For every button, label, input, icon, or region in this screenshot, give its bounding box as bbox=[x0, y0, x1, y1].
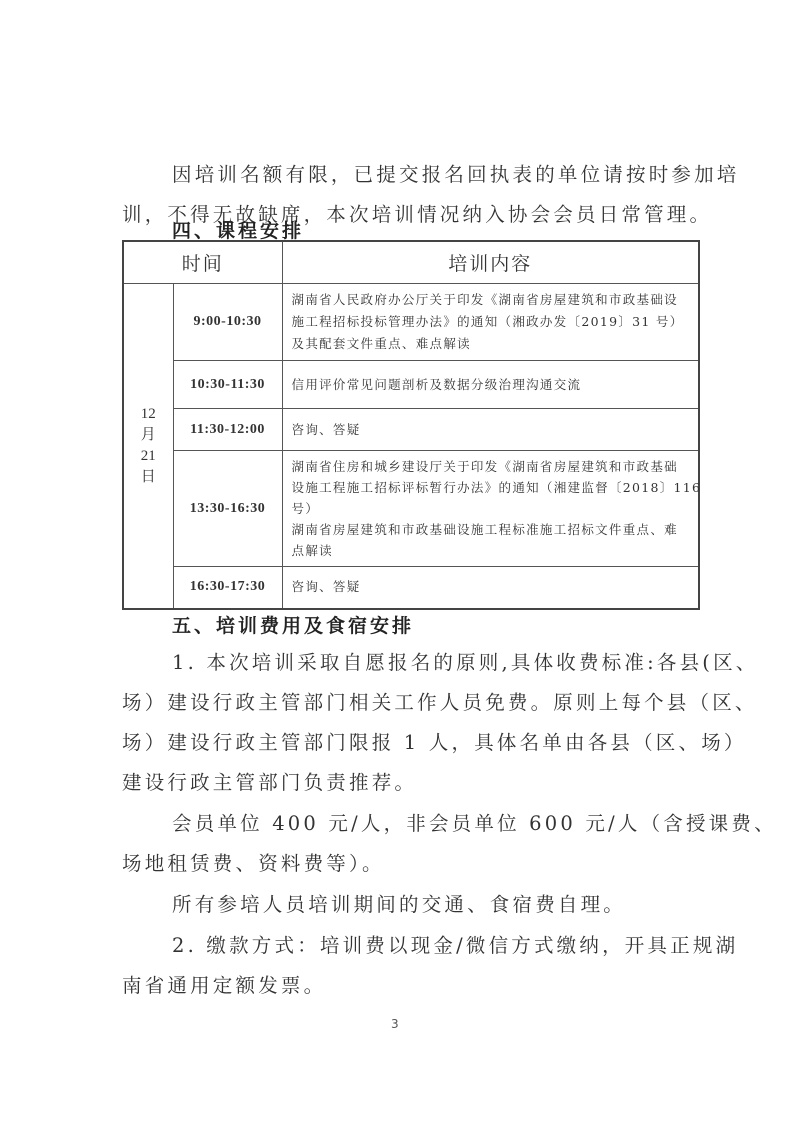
time-cell: 16:30-17:30 bbox=[173, 567, 282, 609]
course-schedule-table: 时间 培训内容 12 月 21 日 9:00-10:30 湖南省人民政府办公厅关… bbox=[122, 240, 700, 610]
date-part: 月 bbox=[124, 425, 173, 446]
content-cell: 咨询、答疑 bbox=[282, 409, 699, 451]
table-row: 11:30-12:00 咨询、答疑 bbox=[123, 409, 699, 451]
text-line: 2. 缴款方式：培训费以现金/微信方式缴纳，开具正规湖 bbox=[172, 926, 752, 966]
content-line: 湖南省住房和城乡建设厅关于印发《湖南省房屋建筑和市政基础 bbox=[292, 456, 691, 477]
text-line: 南省通用定额发票。 bbox=[122, 966, 702, 1006]
header-content: 培训内容 bbox=[282, 241, 699, 284]
table-row: 10:30-11:30 信用评价常见问题剖析及数据分级治理沟通交流 bbox=[123, 361, 699, 409]
intro-line-1: 因培训名额有限，已提交报名回执表的单位请按时参加培 bbox=[172, 155, 752, 195]
text-line: 1. 本次培训采取自愿报名的原则,具体收费标准:各县(区、 bbox=[172, 643, 752, 683]
date-part: 21 bbox=[124, 446, 173, 467]
content-line: 点解读 bbox=[292, 540, 691, 561]
content-line: 咨询、答疑 bbox=[292, 419, 691, 441]
content-cell: 湖南省住房和城乡建设厅关于印发《湖南省房屋建筑和市政基础 设施工程施工招标评标暂… bbox=[282, 451, 699, 567]
content-line: 信用评价常见问题剖析及数据分级治理沟通交流 bbox=[292, 374, 691, 396]
time-cell: 13:30-16:30 bbox=[173, 451, 282, 567]
table-row: 13:30-16:30 湖南省住房和城乡建设厅关于印发《湖南省房屋建筑和市政基础… bbox=[123, 451, 699, 567]
page-number: 3 bbox=[391, 1017, 399, 1031]
time-cell: 9:00-10:30 bbox=[173, 284, 282, 361]
text-line: 会员单位 400 元/人，非会员单位 600 元/人（含授课费、 bbox=[172, 804, 752, 844]
content-line: 咨询、答疑 bbox=[292, 576, 691, 598]
table-row: 16:30-17:30 咨询、答疑 bbox=[123, 567, 699, 609]
text-line: 所有参培人员培训期间的交通、食宿费自理。 bbox=[172, 885, 752, 925]
content-cell: 信用评价常见问题剖析及数据分级治理沟通交流 bbox=[282, 361, 699, 409]
section-heading-course-schedule: 四、课程安排 bbox=[172, 216, 304, 243]
content-line: 施工程招标投标管理办法》的通知（湘政办发〔2019〕31 号） bbox=[292, 311, 691, 333]
date-part: 12 bbox=[124, 404, 173, 425]
content-cell: 咨询、答疑 bbox=[282, 567, 699, 609]
section-heading-fees-accommodation: 五、培训费用及食宿安排 bbox=[172, 611, 414, 638]
text-line: 场）建设行政主管部门限报 1 人，具体名单由各县（区、场） bbox=[122, 723, 702, 763]
content-line: 号） bbox=[292, 498, 691, 519]
table-row: 12 月 21 日 9:00-10:30 湖南省人民政府办公厅关于印发《湖南省房… bbox=[123, 284, 699, 361]
content-line: 湖南省人民政府办公厅关于印发《湖南省房屋建筑和市政基础设 bbox=[292, 289, 691, 311]
header-time: 时间 bbox=[123, 241, 282, 284]
content-line: 设施工程施工招标评标暂行办法》的通知（湘建监督〔2018〕116 bbox=[292, 477, 691, 498]
table-header-row: 时间 培训内容 bbox=[123, 241, 699, 284]
time-cell: 11:30-12:00 bbox=[173, 409, 282, 451]
content-line: 湖南省房屋建筑和市政基础设施工程标准施工招标文件重点、难 bbox=[292, 519, 691, 540]
text-line: 场）建设行政主管部门相关工作人员免费。原则上每个县（区、 bbox=[122, 683, 702, 723]
date-part: 日 bbox=[124, 467, 173, 488]
date-cell: 12 月 21 日 bbox=[123, 284, 173, 609]
time-cell: 10:30-11:30 bbox=[173, 361, 282, 409]
text-line: 建设行政主管部门负责推荐。 bbox=[122, 763, 702, 803]
text-line: 场地租赁费、资料费等）。 bbox=[122, 844, 702, 884]
content-line: 及其配套文件重点、难点解读 bbox=[292, 333, 691, 355]
content-cell: 湖南省人民政府办公厅关于印发《湖南省房屋建筑和市政基础设 施工程招标投标管理办法… bbox=[282, 284, 699, 361]
